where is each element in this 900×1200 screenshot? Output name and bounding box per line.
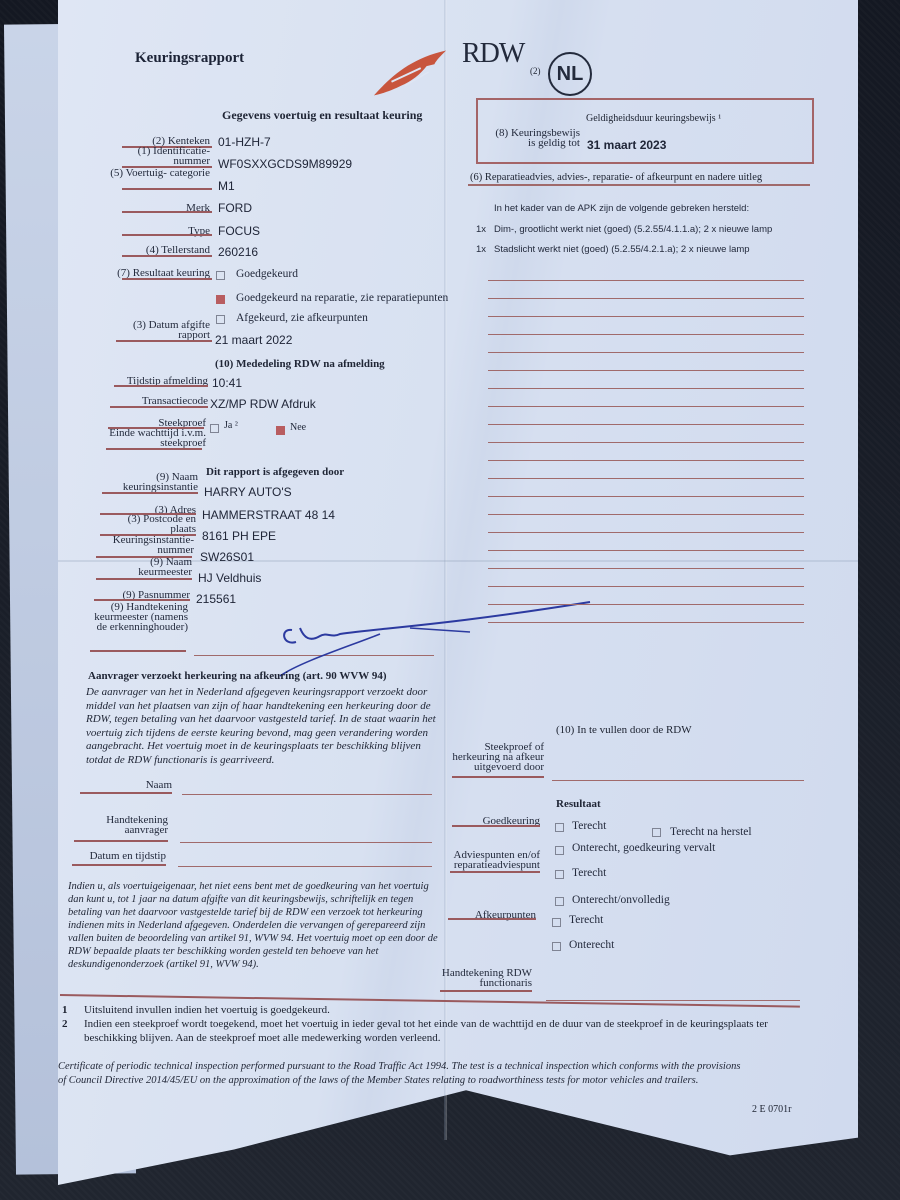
repair-ruled-line: [488, 280, 804, 281]
transaction-label: Transactiecode: [110, 396, 208, 406]
rdw-feather-logo-icon: [372, 46, 450, 98]
underline: [102, 492, 198, 494]
repair-ruled-line: [488, 604, 804, 605]
date-value: 21 maart 2022: [215, 333, 292, 347]
repair-item-qty: 1x: [476, 244, 486, 255]
underline: [72, 864, 166, 866]
pass-number-value: 215561: [196, 592, 236, 606]
reject-terecht-checkbox[interactable]: [552, 918, 561, 927]
underline: [90, 650, 186, 652]
advice-terecht-checkbox[interactable]: [555, 870, 564, 879]
field-label-voertuigcategorie: (5) Voertuig- categorie: [110, 168, 210, 178]
reject-onterecht-label: Onterecht: [569, 939, 614, 951]
performed-by-input-line: [552, 780, 804, 781]
field-value-merk: FORD: [218, 201, 252, 215]
reject-terecht-label: Terecht: [569, 914, 603, 926]
repair-heading: (6) Reparatieadvies, advies-, reparatie-…: [470, 172, 762, 183]
sample-wait-label: Einde wachttijd i.v.m. steekproef: [100, 428, 206, 448]
issuer-address-value: HAMMERSTRAAT 48 14: [202, 508, 335, 522]
footnote-number: 2: [62, 1018, 68, 1030]
repair-ruled-line: [488, 586, 804, 587]
underline: [116, 340, 212, 342]
underline: [122, 234, 212, 236]
country-badge: NL: [548, 52, 592, 96]
result-option-goedgekeurd: Goedgekeurd: [236, 268, 298, 280]
validity-value: 31 maart 2023: [587, 138, 666, 152]
issuer-number-label: Keuringsinstantie- nummer: [94, 535, 194, 555]
repair-ruled-line: [488, 496, 804, 497]
issuer-postcode-label: (3) Postcode en plaats: [100, 514, 196, 534]
footnote-number: 1: [62, 1004, 68, 1016]
underline: [96, 578, 192, 580]
repair-item-text: Stadslicht werkt niet (goed) (5.2.55/4.2…: [494, 244, 750, 255]
repair-item-qty: 1x: [476, 224, 486, 235]
repair-heading-line: [468, 184, 810, 186]
repair-ruled-line: [488, 424, 804, 425]
repair-ruled-line: [488, 298, 804, 299]
reject-onterecht-checkbox[interactable]: [552, 942, 561, 951]
issuer-heading: Dit rapport is afgegeven door: [206, 466, 344, 478]
signature-input-line: [180, 842, 432, 843]
result-label: (7) Resultaat keuring: [110, 268, 210, 278]
date-label: (3) Datum afgifte rapport: [110, 320, 210, 340]
rdw-logo-text: RDW: [462, 38, 524, 70]
approval-terecht-label: Terecht: [572, 820, 606, 832]
name-input-line: [182, 794, 432, 795]
transaction-value: XZ/MP RDW Afdruk: [210, 397, 316, 411]
result-option-afgekeurd: Afgekeurd, zie afkeurpunten: [236, 312, 368, 324]
field-label-tellerstand: (4) Tellerstand: [110, 245, 210, 255]
field-value-tellerstand: 260216: [218, 245, 258, 259]
result-checkbox-goedgekeurd-na-reparatie[interactable]: [216, 295, 225, 304]
vehicle-section-heading: Gegevens voertuig en resultaat keuring: [222, 108, 422, 123]
datetime-input-line: [178, 866, 432, 867]
requester-name-label: Naam: [80, 780, 172, 790]
repair-ruled-line: [488, 532, 804, 533]
repair-ruled-line: [488, 460, 804, 461]
approval-terecht-na-herstel-checkbox[interactable]: [652, 828, 661, 837]
repair-ruled-line: [488, 406, 804, 407]
underline: [122, 278, 212, 280]
validity-label: (8) Keuringsbewijs is geldig tot: [486, 128, 580, 148]
underline: [110, 406, 208, 408]
inspector-name-value: HJ Veldhuis: [198, 571, 261, 585]
approval-onterecht-label: Onterecht, goedkeuring vervalt: [572, 842, 715, 854]
advice-label: Adviespunten en/of reparatieadviespunt: [448, 850, 540, 870]
issuer-name-value: HARRY AUTO'S: [204, 485, 292, 499]
footnote-text: Indien een steekproef wordt toegekend, m…: [84, 1017, 774, 1045]
underline: [450, 871, 540, 873]
requester-signature-label: Handtekening aanvrager: [76, 815, 168, 835]
field-value-type: FOCUS: [218, 224, 260, 238]
repair-ruled-line: [488, 442, 804, 443]
validity-heading: Geldigheidsduur keuringsbewijs ¹: [586, 113, 721, 124]
result-checkbox-afgekeurd[interactable]: [216, 315, 225, 324]
performed-by-label: Steekproef of herkeuring na afkeur uitge…: [448, 742, 544, 772]
result-option-goedgekeurd-na-reparatie: Goedgekeurd na reparatie, zie reparatiep…: [236, 292, 448, 304]
advice-onterecht-label: Onterecht/onvolledig: [572, 894, 670, 906]
repair-ruled-line: [488, 622, 804, 623]
repair-ruled-line: [488, 514, 804, 515]
advice-onterecht-checkbox[interactable]: [555, 897, 564, 906]
owner-paragraph: Indien u, als voertuigeigenaar, het niet…: [68, 880, 438, 971]
datetime-label: Datum en tijdstip: [72, 851, 166, 861]
underline: [122, 211, 212, 213]
rdw-signature-label: Handtekening RDW functionaris: [440, 968, 532, 988]
underline: [452, 825, 540, 827]
underline: [80, 792, 172, 794]
sample-no-checkbox[interactable]: [276, 426, 285, 435]
underline: [122, 255, 212, 257]
document-title: Keuringsrapport: [135, 50, 244, 67]
rdw-signature-line: [546, 1000, 800, 1001]
repair-ruled-line: [488, 568, 804, 569]
rdw-notification-heading: (10) Mededeling RDW na afmelding: [215, 358, 385, 370]
rdw-fill-heading: (10) In te vullen door de RDW: [556, 724, 692, 736]
footnote-text: Uitsluitend invullen indien het voertuig…: [84, 1004, 330, 1016]
underline: [122, 188, 212, 190]
repair-item-text: Dim-, grootlicht werkt niet (goed) (5.2.…: [494, 224, 772, 235]
field-value-voertuigcategorie: M1: [218, 179, 235, 193]
repair-ruled-line: [488, 550, 804, 551]
underline: [452, 776, 544, 778]
repair-intro: In het kader van de APK zijn de volgende…: [494, 203, 749, 214]
repair-ruled-line: [488, 352, 804, 353]
sample-yes-checkbox[interactable]: [210, 424, 219, 433]
advice-terecht-label: Terecht: [572, 867, 606, 879]
result-heading: Resultaat: [556, 798, 601, 810]
reinspection-heading: Aanvrager verzoekt herkeuring na afkeuri…: [88, 670, 387, 682]
inspector-signature-icon: [260, 598, 600, 678]
sample-yes-label: Ja ²: [224, 420, 238, 431]
underline: [74, 840, 168, 842]
field-value-kenteken: 01-HZH-7: [218, 135, 271, 149]
issuer-postcode-value: 8161 PH EPE: [202, 529, 276, 543]
country-code: NL: [557, 63, 584, 86]
repair-ruled-line: [488, 478, 804, 479]
issuer-name-label: (9) Naam keuringsinstantie: [100, 472, 198, 492]
inspector-signature-label: (9) Handtekening keurmeester (namens de …: [84, 602, 188, 632]
repair-ruled-line: [488, 370, 804, 371]
issuer-number-value: SW26S01: [200, 550, 254, 564]
inspector-name-label: (9) Naam keurmeester: [94, 557, 192, 577]
time-value: 10:41: [212, 376, 242, 390]
result-checkbox-goedgekeurd[interactable]: [216, 271, 225, 280]
repair-ruled-line: [488, 388, 804, 389]
underline: [448, 918, 536, 920]
certificate-text: Certificate of periodic technical inspec…: [58, 1060, 748, 1088]
approval-terecht-checkbox[interactable]: [555, 823, 564, 832]
underline: [106, 448, 202, 450]
approval-terecht-na-herstel-label: Terecht na herstel: [670, 826, 752, 838]
sample-no-label: Nee: [290, 422, 306, 433]
country-note: (2): [530, 66, 541, 76]
repair-ruled-line: [488, 316, 804, 317]
field-value-identificatienummer: WF0SXXGCDS9M89929: [218, 157, 352, 171]
reinspection-paragraph: De aanvrager van het in Nederland afgege…: [86, 686, 436, 767]
underline: [440, 990, 532, 992]
approval-onterecht-checkbox[interactable]: [555, 846, 564, 855]
underline: [114, 385, 208, 387]
form-code: 2 E 0701r: [752, 1104, 791, 1115]
repair-ruled-line: [488, 334, 804, 335]
field-label-identificatienummer: (1) Identificatie- nummer: [110, 146, 210, 166]
